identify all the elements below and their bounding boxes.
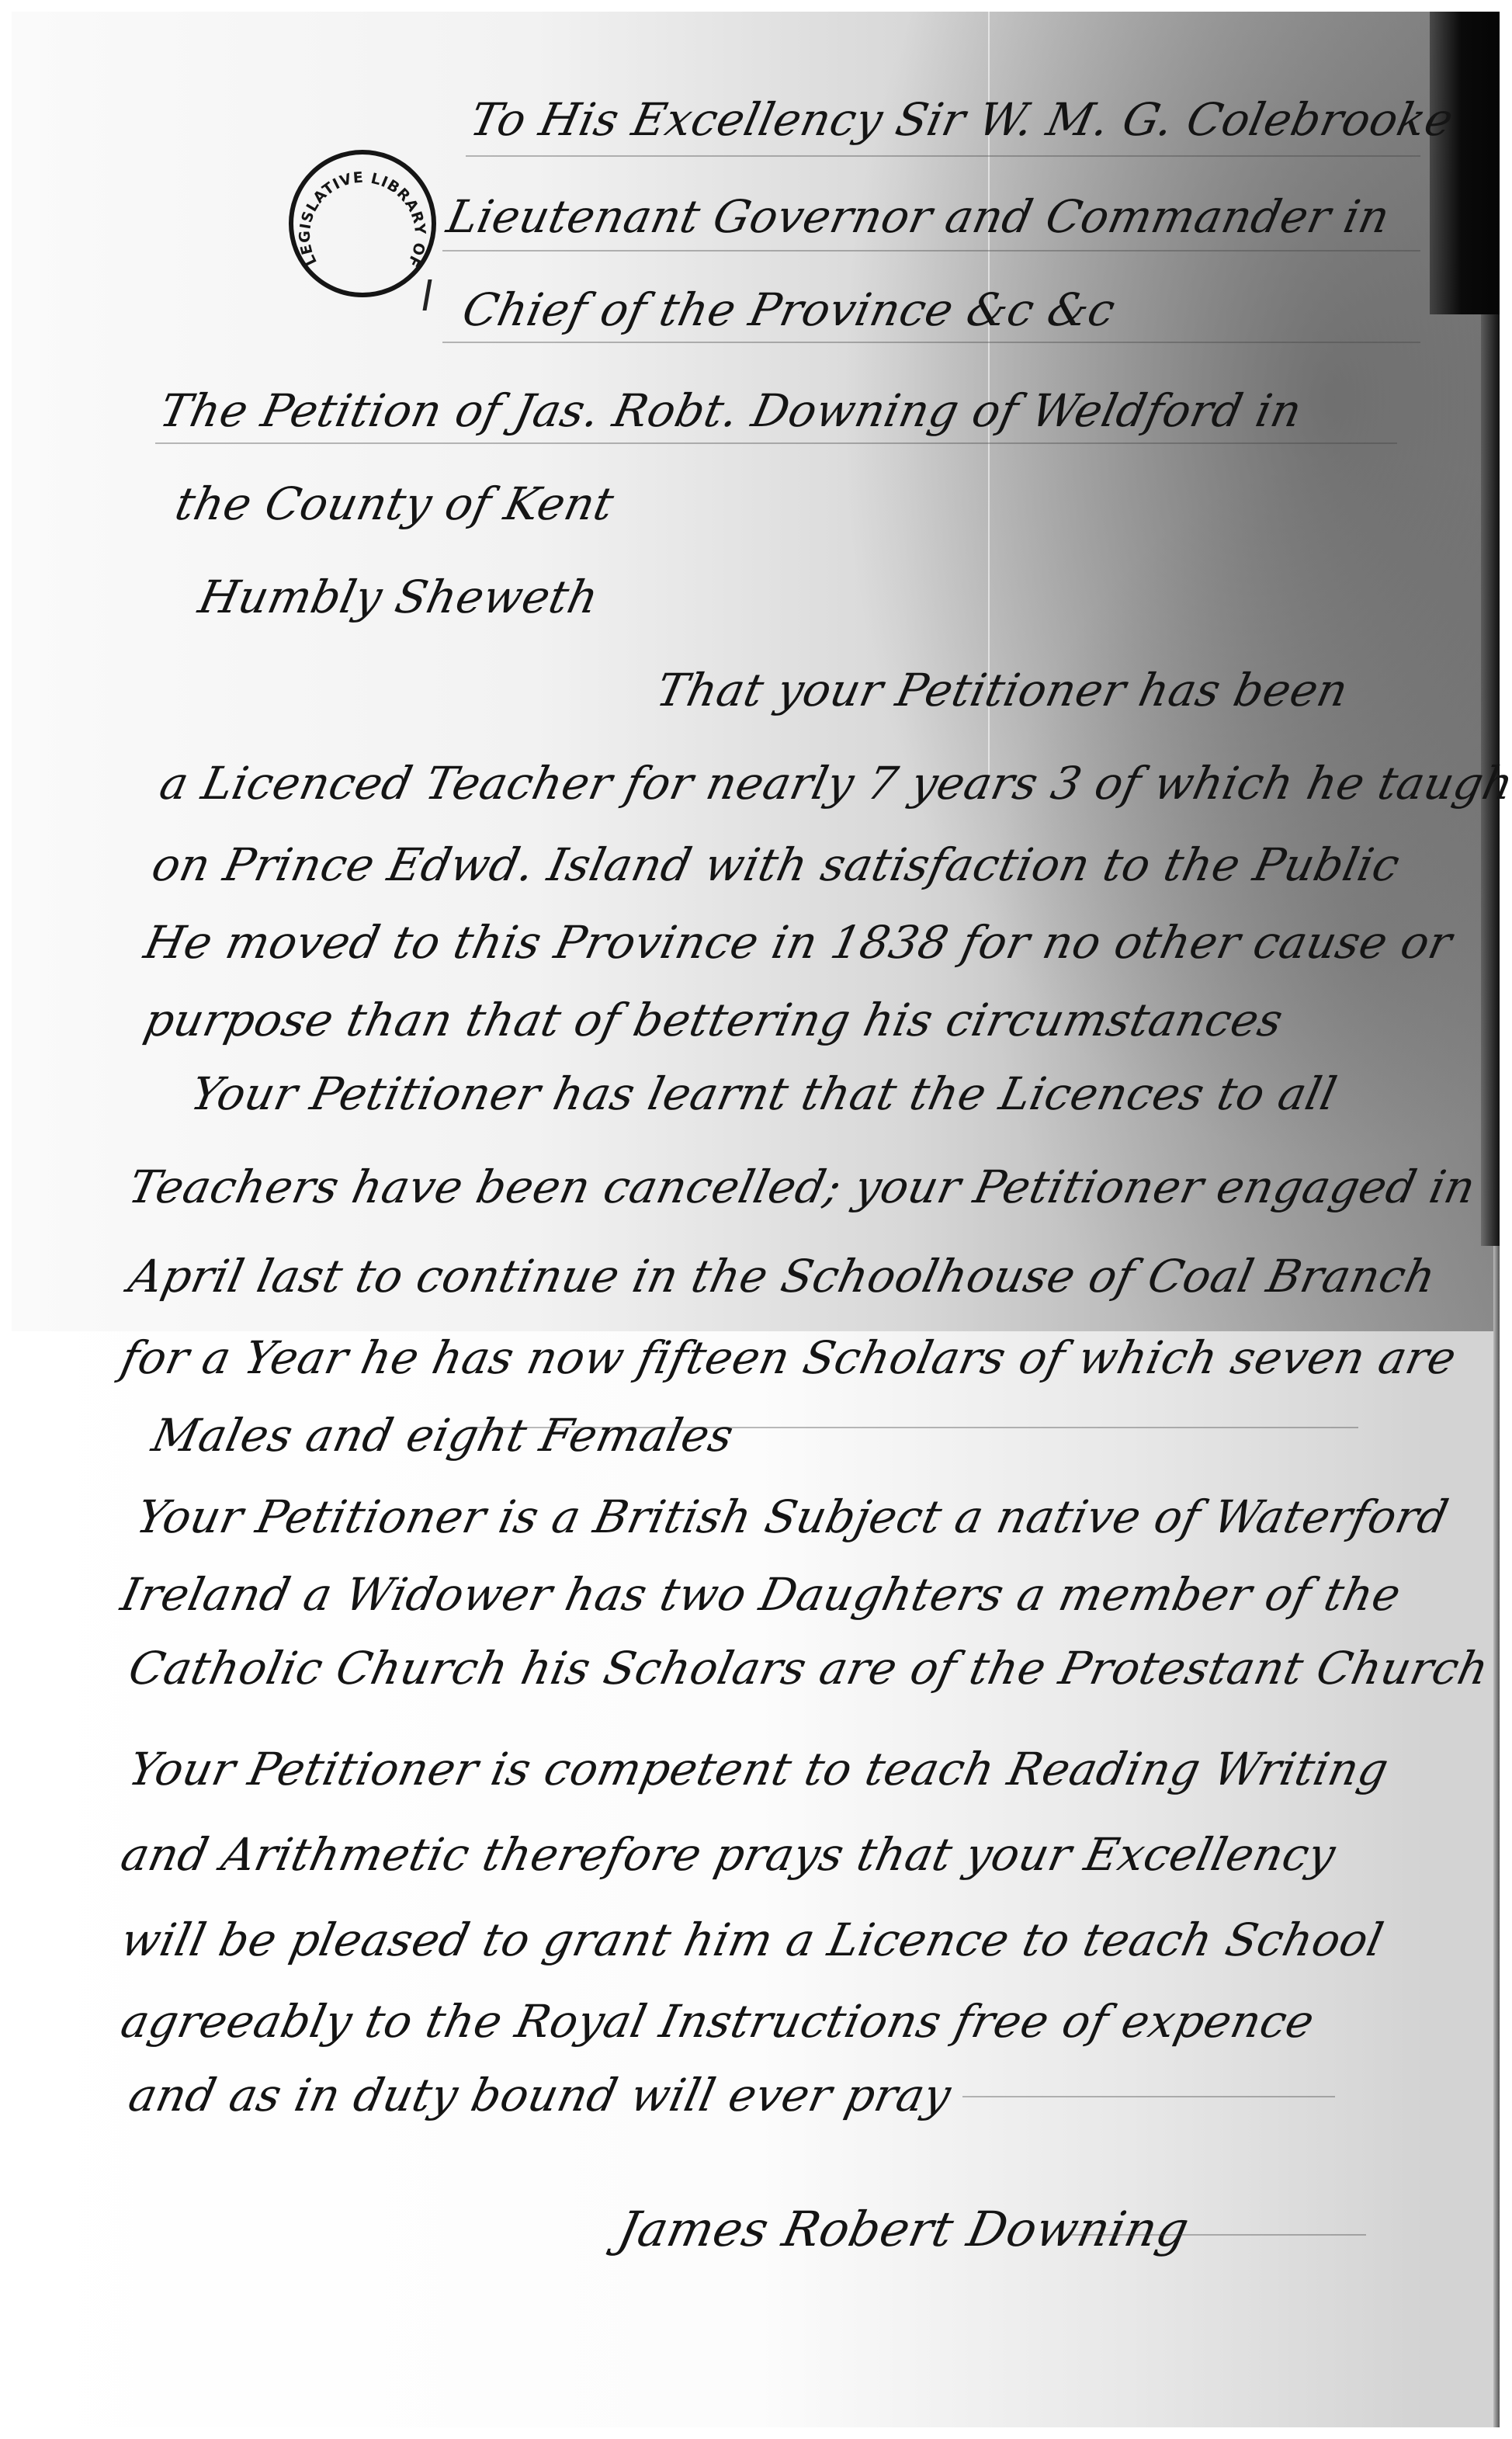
body-line-14: Your Petitioner is competent to teach Re… [124, 1743, 1393, 1795]
guide-rule [466, 155, 1420, 157]
body-line-5: purpose than that of bettering his circu… [140, 994, 1288, 1046]
body-line-11: Your Petitioner is a British Subject a n… [132, 1490, 1453, 1543]
body-line-1: That your Petitioner has been [652, 664, 1353, 716]
heading-line-3: Humbly Sheweth [194, 571, 603, 623]
address-line-3: Chief of the Province &c &c [458, 283, 1120, 336]
document-page [12, 12, 1500, 2427]
body-line-6: Your Petitioner has learnt that the Lice… [186, 1067, 1341, 1120]
scan-shadow-top-right [1430, 12, 1500, 314]
stamp-text: LEGISLATIVE LIBRARY OF N.B. [289, 150, 428, 270]
body-line-9: for a Year he has now fifteen Scholars o… [116, 1331, 1461, 1384]
guide-rule [155, 442, 1397, 444]
body-line-15: and Arithmetic therefore prays that your… [116, 1828, 1340, 1881]
guide-rule [1071, 2234, 1366, 2236]
body-line-3: on Prince Edwd. Island with satisfaction… [147, 838, 1404, 891]
body-line-13: Catholic Church his Scholars are of the … [124, 1642, 1493, 1695]
body-line-7: Teachers have been cancelled; your Petit… [124, 1161, 1480, 1213]
heading-line-2: the County of Kent [171, 477, 619, 530]
svg-text:LEGISLATIVE LIBRARY OF N.B.: LEGISLATIVE LIBRARY OF N.B. [289, 150, 428, 270]
body-line-18: and as in duty bound will ever pray [124, 2069, 955, 2122]
body-line-16: will be pleased to grant him a Licence t… [116, 1913, 1388, 1966]
body-line-12: Ireland a Widower has two Daughters a me… [116, 1568, 1406, 1621]
heading-line-1: The Petition of Jas. Robt. Downing of We… [155, 384, 1306, 437]
body-line-17: agreeably to the Royal Instructions free… [116, 1995, 1319, 2048]
address-line-2: Lieutenant Governor and Commander in [442, 190, 1395, 243]
body-line-10: Males and eight Females [147, 1409, 738, 1462]
body-line-2: a Licenced Teacher for nearly 7 years 3 … [155, 757, 1512, 810]
guide-rule [466, 1427, 1358, 1428]
page-right-edge [1493, 1246, 1500, 2427]
address-line-1: To His Excellency Sir W. M. G. Colebrook… [466, 93, 1458, 146]
stamp-ring-text-icon: LEGISLATIVE LIBRARY OF N.B. [289, 150, 436, 297]
guide-rule [442, 342, 1420, 343]
library-stamp: LEGISLATIVE LIBRARY OF N.B. [289, 150, 436, 297]
guide-rule [442, 250, 1420, 252]
guide-rule [962, 2096, 1335, 2097]
signature: James Robert Downing [613, 2201, 1194, 2257]
body-line-4: He moved to this Province in 1838 for no… [140, 916, 1457, 969]
body-line-8: April last to continue in the Schoolhous… [124, 1250, 1441, 1303]
